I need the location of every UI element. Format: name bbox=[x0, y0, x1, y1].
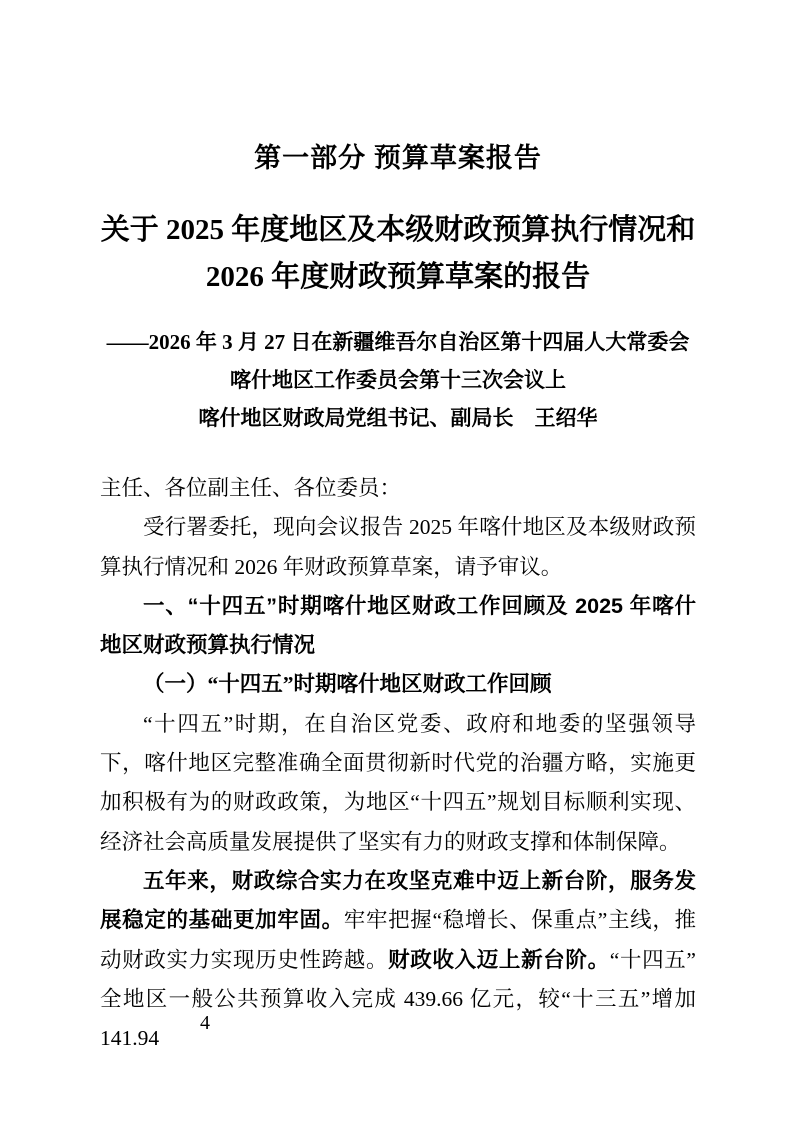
report-title: 关于 2025 年度地区及本级财政预算执行情况和 2026 年度财政预算草案的报… bbox=[100, 207, 696, 301]
page-number: 4 bbox=[200, 1012, 210, 1035]
speaker-line: 喀什地区财政局党组书记、副局长 王绍华 bbox=[100, 399, 696, 437]
report-body: 主任、各位副主任、各位委员： 受行署委托，现向会议报告 2025 年喀什地区及本… bbox=[100, 469, 696, 1058]
achievement-bold-2: 财政收入迈上新台阶。 bbox=[388, 948, 610, 972]
part-heading: 第一部分 预算草案报告 bbox=[100, 136, 696, 175]
document-page: 第一部分 预算草案报告 关于 2025 年度地区及本级财政预算执行情况和 202… bbox=[0, 0, 793, 1122]
report-title-line-2: 2026 年度财政预算草案的报告 bbox=[100, 254, 696, 301]
salutation: 主任、各位副主任、各位委员： bbox=[100, 469, 696, 508]
intro-paragraph: 受行署委托，现向会议报告 2025 年喀什地区及本级财政预算执行情况和 2026… bbox=[100, 508, 696, 587]
meeting-session-line: 喀什地区工作委员会第十三次会议上 bbox=[100, 361, 696, 399]
section-1-heading: 一、“十四五”时期喀什地区财政工作回顾及 2025 年喀什地区财政预算执行情况 bbox=[100, 587, 696, 666]
report-subtitle: ——2026 年 3 月 27 日在新疆维吾尔自治区第十四届人大常委会 喀什地区… bbox=[100, 323, 696, 437]
report-title-line-1: 关于 2025 年度地区及本级财政预算执行情况和 bbox=[100, 207, 696, 254]
meeting-date-line: ——2026 年 3 月 27 日在新疆维吾尔自治区第十四届人大常委会 bbox=[100, 323, 696, 361]
review-paragraph: “十四五”时期，在自治区党委、政府和地委的坚强领导下，喀什地区完整准确全面贯彻新… bbox=[100, 705, 696, 862]
achievement-paragraph: 五年来，财政综合实力在攻坚克难中迈上新台阶，服务发展稳定的基础更加牢固。牢牢把握… bbox=[100, 862, 696, 1058]
section-1-1-heading: （一）“十四五”时期喀什地区财政工作回顾 bbox=[100, 665, 696, 704]
